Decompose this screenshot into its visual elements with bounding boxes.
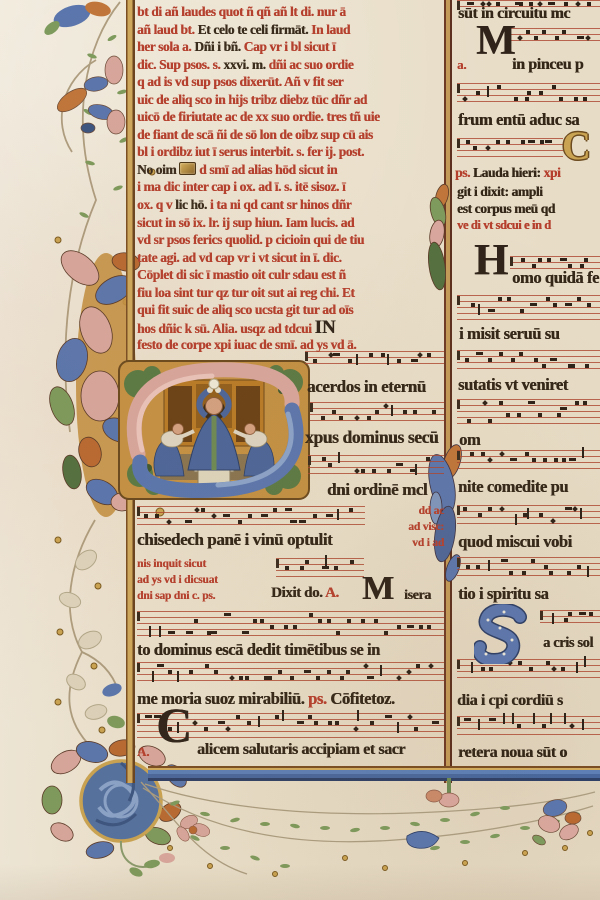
rubric-line: No oim d smī ad alias hōd sicut in	[137, 161, 447, 179]
music-stave	[457, 138, 563, 158]
rubric-line: tate agi. ad vd cap vr i vt sicut in ī. …	[137, 249, 447, 267]
rubric-line: ox. q v lic hō. i ta ni qd cant sr hinos…	[137, 196, 447, 214]
bottom-blue-leaf	[407, 831, 439, 848]
chant-line: quod miscui vobi	[458, 532, 572, 552]
illuminated-initial-m: M	[476, 20, 516, 62]
chant-line-isera: isera	[404, 588, 431, 604]
music-stave	[457, 295, 600, 320]
music-stave	[457, 716, 600, 737]
chant-line: in pinceu p	[512, 56, 583, 74]
chant-line: sutatis vt veniret	[458, 375, 568, 395]
rubric-line: añ laud bt. Et celo te celi firmāt. In l…	[137, 21, 447, 39]
chant-line: dia i cpi cordiū s	[457, 692, 563, 710]
music-stave	[457, 83, 600, 107]
rubric-line: hos dñic k sū. Alia. usqz ad tdcui IN	[137, 319, 447, 337]
chant-line-dixit: Dixit do. A.	[271, 585, 339, 602]
chant-line: a cris sol	[543, 635, 593, 652]
gold-ornament	[179, 162, 196, 175]
chant-line: tio i spiritu sa	[458, 584, 548, 604]
chant-line-todominus: to dominus escā dedit timētibus se in	[137, 640, 380, 660]
chant-line-xpus: xpus dominus secū	[305, 427, 438, 448]
music-stave	[137, 611, 444, 639]
rubric-line: bt di añ laudes quot ñ qñ añ lt di. nur …	[137, 3, 447, 21]
music-stave	[276, 558, 364, 578]
music-stave	[308, 455, 444, 477]
chant-line: nite comedite pu	[458, 477, 568, 497]
rubric-line: i ma dic inter cap i ox. ad ī. s. itē si…	[137, 178, 447, 196]
chant-line: om	[459, 430, 480, 450]
margin-note-red: nis inquit sicut ad ys vd i dicsuat dni …	[137, 557, 269, 604]
rubric-line: Cōplet di sic ī mastio oit culr sdau est…	[137, 266, 447, 284]
illuminated-initial-c: C	[156, 700, 192, 750]
chant-line-sacerdos: acerdos in eternū	[307, 377, 426, 397]
rubric-line: her sola a. Dñi i bñ. Cap vr i bl sicut …	[137, 38, 447, 56]
illuminated-initial-h: H	[474, 238, 508, 282]
rubric-block: bt di añ laudes quot ñ qñ añ lt di. nur …	[137, 3, 447, 354]
music-stave	[457, 450, 600, 471]
margin-letter-a: A.	[137, 744, 149, 760]
bottom-right-cluster	[531, 797, 581, 847]
music-stave	[457, 399, 600, 429]
music-stave	[137, 662, 444, 686]
text-line-red: ve di vt sdcui e in d	[457, 218, 551, 233]
bottom-border-foliage	[135, 778, 600, 900]
rubric-line: q ad is vd sup psos dixerūt. Añ v fit se…	[137, 73, 447, 91]
rubric-line: bl i ordibz iut ī serus interbit. s. fer…	[137, 143, 447, 161]
gutter-stem-bloom	[426, 778, 459, 807]
text-line: est corpus meū qd	[457, 201, 555, 217]
illuminated-initial-blue-s	[474, 604, 532, 664]
music-stave	[305, 351, 444, 369]
music-stave	[457, 350, 600, 374]
chant-line-calicem: alicem salutaris accipiam et sacr	[197, 741, 405, 759]
music-stave	[310, 402, 444, 424]
rubric-line: uic de aliq sco in hijs tribz diebz tūc …	[137, 91, 447, 109]
illuminated-initial-gold-c: C	[562, 126, 591, 166]
illuminated-initial-m: M	[362, 572, 394, 606]
chant-line: frum entū aduc sa	[458, 110, 579, 130]
rubric-line: fiu loa sint tur qz tur oit sut ai reg c…	[137, 284, 447, 302]
margin-letter-a: a.	[457, 57, 466, 73]
music-stave	[540, 610, 600, 626]
chant-line: retera noua sūt o	[458, 744, 567, 762]
rubric-line: vd sr psos ferics quolid. p cicioin qui …	[137, 231, 447, 249]
music-stave	[505, 28, 600, 44]
text-line: git i dixit: ampli	[457, 184, 542, 200]
miniature-initial-s	[116, 358, 312, 502]
rubric-line: uicō de firiutate ac de xx suo ordie. tr…	[137, 108, 447, 126]
manuscript-page: bt di añ laudes quot ñ qñ añ lt di. nur …	[0, 0, 600, 900]
rubric-line: de fiant de scā ñi de sō lon de oibz sup…	[137, 126, 447, 144]
chant-line: i misit seruū su	[459, 324, 559, 344]
music-stave	[457, 505, 600, 528]
text-line: ps. Lauda hieri: xpi	[455, 165, 560, 181]
rubric-line: dic. Sup psos. s. xxvi. m. dñi ac suo or…	[137, 56, 447, 74]
music-stave	[457, 557, 600, 580]
chant-line-ordine: dni ordinē mcl	[327, 480, 427, 500]
music-stave	[137, 506, 365, 528]
margin-note-red: dd ac ad visc: vd i ad	[372, 504, 444, 551]
chant-line: omo quidā fe	[512, 268, 599, 288]
chant-line-chisedech: chisedech panē i vinū optulit	[137, 530, 332, 550]
rubric-line: sicut in sō ix. lr. ij sup hiun. Iam luc…	[137, 214, 447, 232]
rubric-line: qui fit suic de aliq sco ucsta git tur a…	[137, 301, 447, 319]
